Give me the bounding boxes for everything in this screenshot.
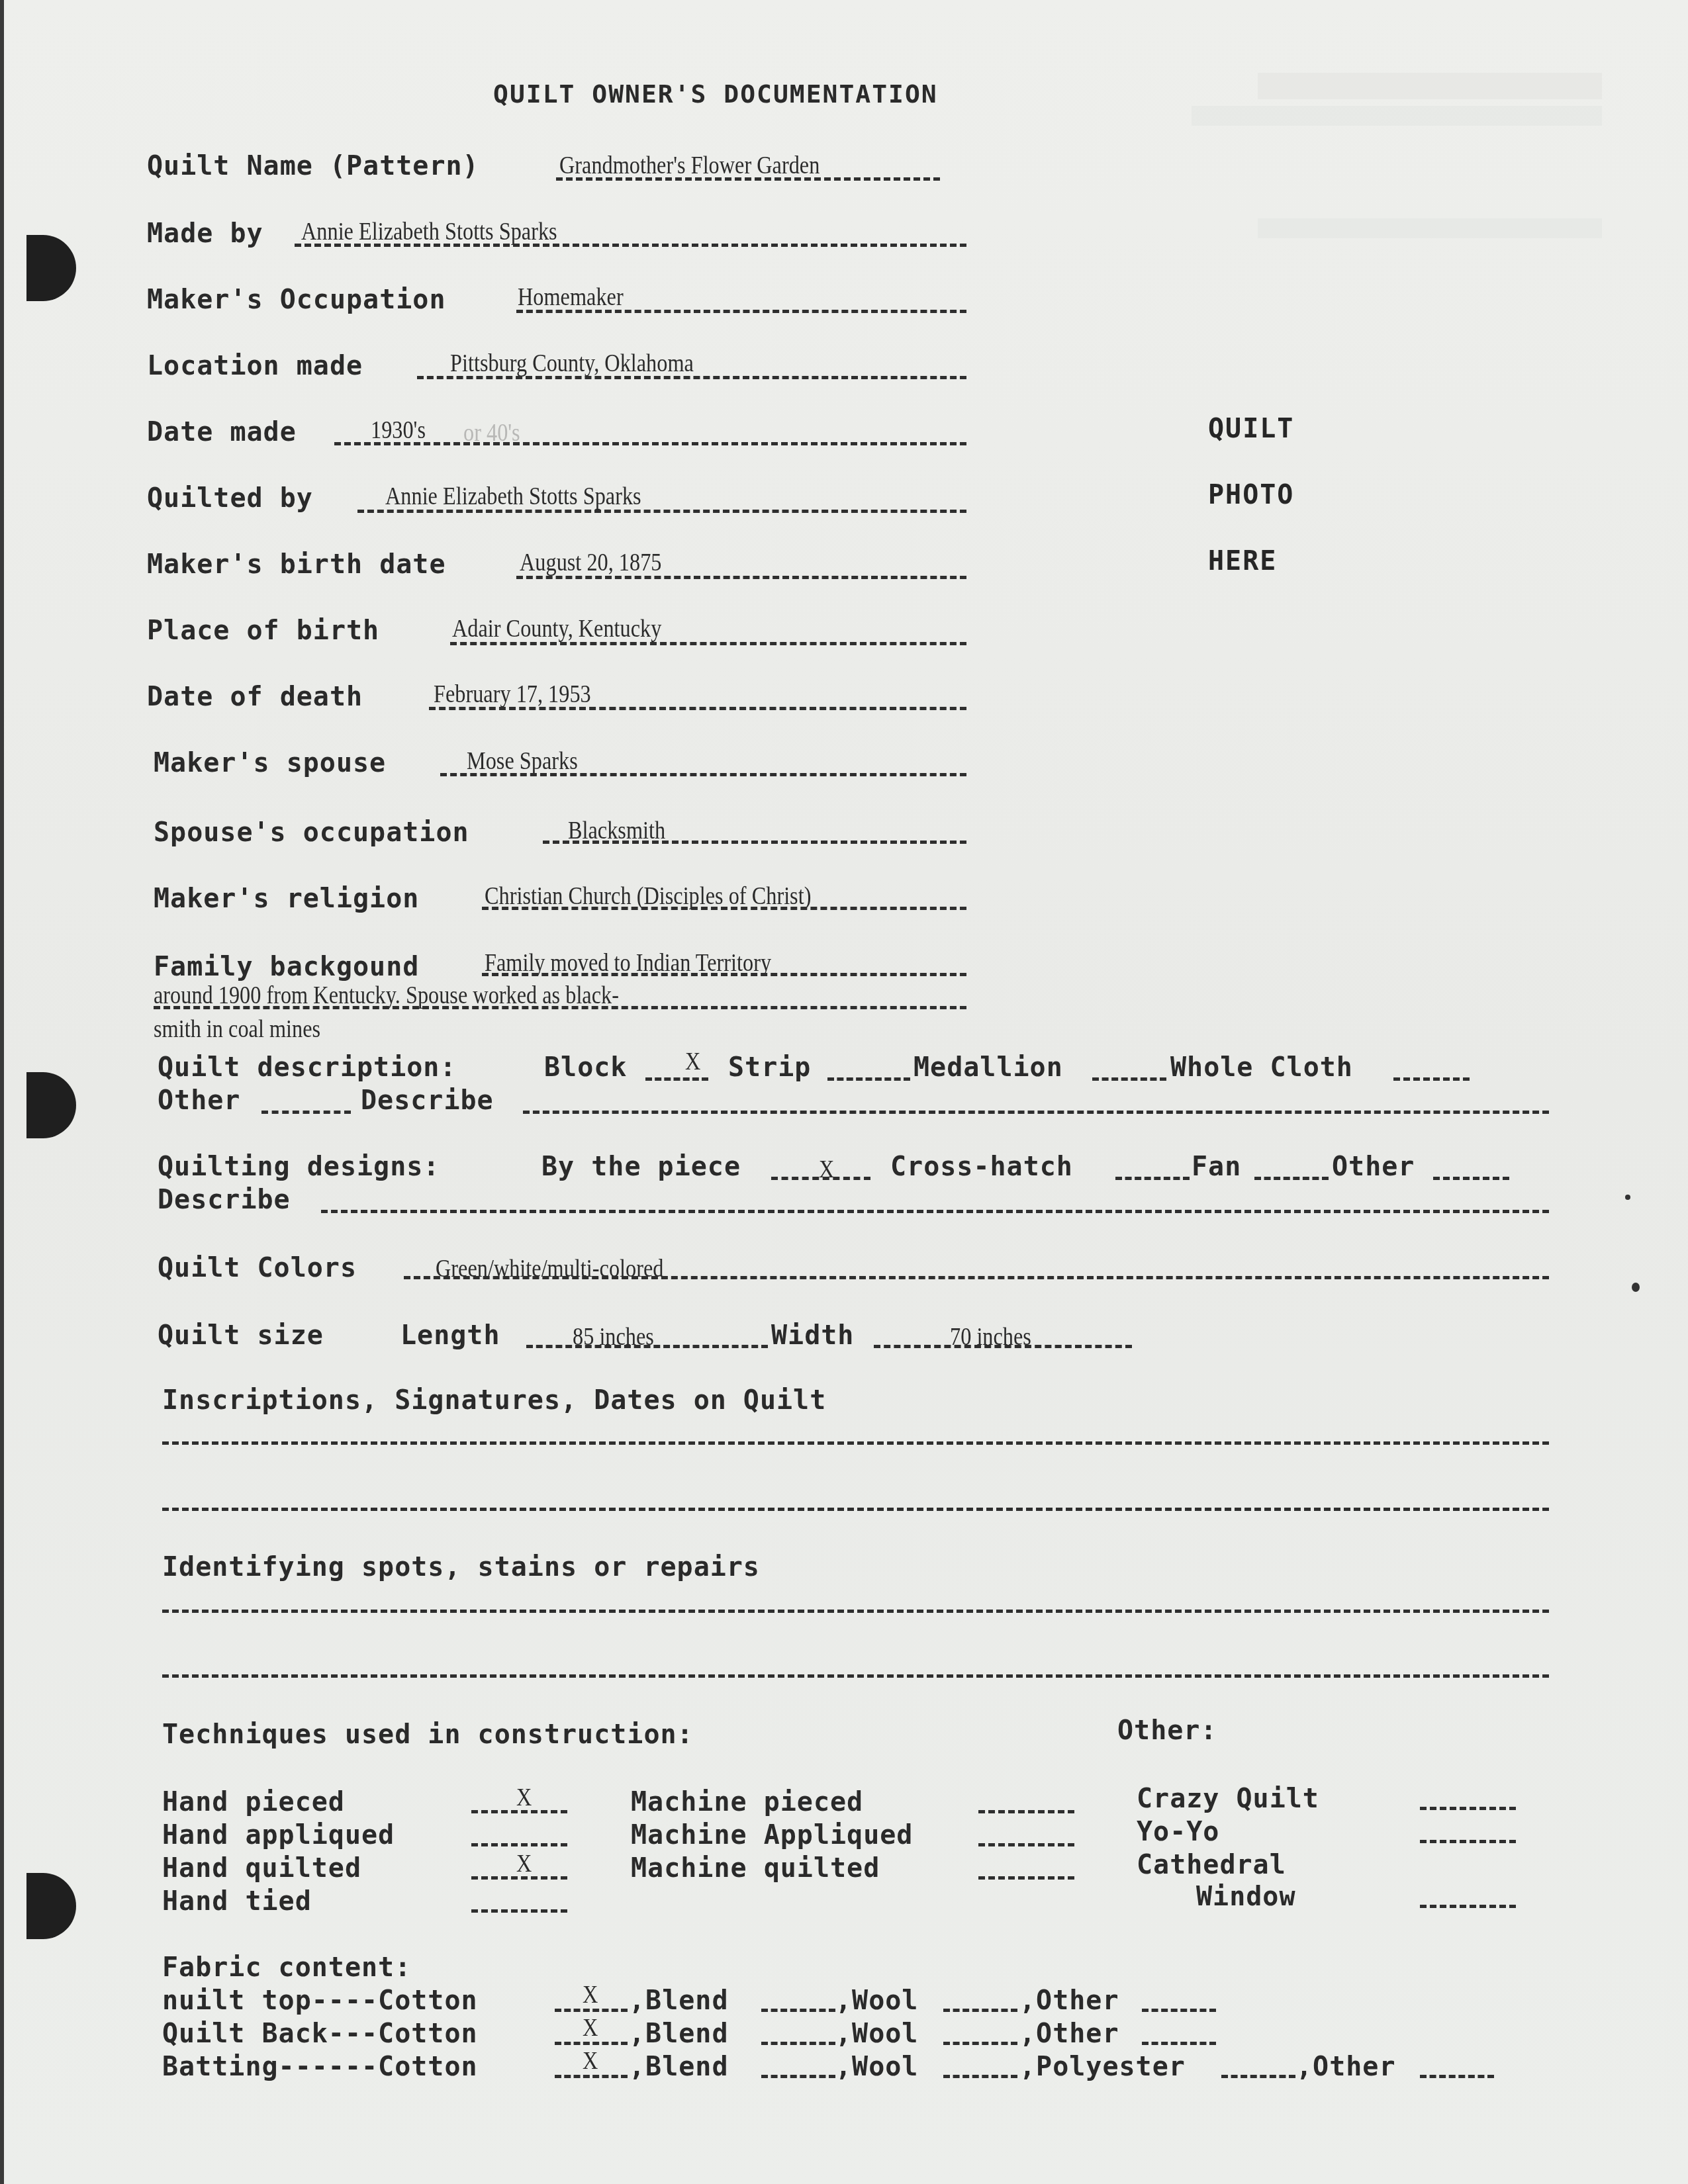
yo-yo-blank[interactable] xyxy=(1420,1840,1516,1843)
maker-occupation-value[interactable]: Homemaker xyxy=(518,283,624,312)
option-block-mark[interactable]: X xyxy=(685,1047,700,1076)
machine-appliqued-blank[interactable] xyxy=(978,1843,1074,1846)
machine-quilted-blank[interactable] xyxy=(978,1876,1074,1880)
quilt-top-cotton-mark[interactable]: X xyxy=(583,1980,598,2009)
cathedral-window-blank[interactable] xyxy=(1420,1905,1516,1908)
inscriptions-label: Inscriptions, Signatures, Dates on Quilt xyxy=(162,1385,826,1416)
quilted-by-underline xyxy=(357,510,966,513)
date-made-underline xyxy=(334,442,966,445)
maker-religion-underline xyxy=(482,907,966,910)
hand-pieced-label: Hand pieced xyxy=(162,1787,345,1817)
length-label: Length xyxy=(400,1320,500,1351)
option-by-the-piece-label: By the piece xyxy=(541,1152,741,1182)
page-edge xyxy=(0,0,4,2184)
techniques-label: Techniques used in construction: xyxy=(162,1719,694,1750)
quilt-name-underline xyxy=(556,177,940,181)
place-of-birth-value[interactable]: Adair County, Kentucky xyxy=(452,614,661,643)
machine-pieced-blank[interactable] xyxy=(978,1810,1074,1813)
inscriptions-field-line-1[interactable] xyxy=(162,1441,1549,1445)
option-fan-label: Fan xyxy=(1192,1152,1241,1182)
hand-quilted-blank[interactable] xyxy=(471,1876,567,1880)
machine-appliqued-label: Machine Appliqued xyxy=(631,1820,913,1850)
quilt-top-blend-blank[interactable] xyxy=(761,2009,835,2012)
quilt-back-wool-label: ,Wool xyxy=(835,2019,918,2049)
quilt-size-label: Quilt size xyxy=(158,1320,324,1351)
spouse-occupation-underline xyxy=(543,841,966,844)
option-strip-label: Strip xyxy=(728,1052,811,1083)
option-fan-blank[interactable] xyxy=(1254,1177,1329,1180)
batting-wool-label: ,Wool xyxy=(835,2052,918,2082)
family-background-line-3[interactable]: smith in coal mines xyxy=(154,1015,320,1044)
quilt-name-label: Quilt Name (Pattern) xyxy=(147,151,479,181)
quilt-back-cotton-blank[interactable] xyxy=(555,2042,628,2045)
maker-spouse-label: Maker's spouse xyxy=(154,748,386,778)
date-of-death-value[interactable]: February 17, 1953 xyxy=(434,680,591,709)
option-strip-blank[interactable] xyxy=(827,1077,910,1081)
quilted-by-label: Quilted by xyxy=(147,483,313,514)
family-background-label: Family backgound xyxy=(154,952,419,982)
quilt-name-value[interactable]: Grandmother's Flower Garden xyxy=(559,151,820,180)
quilting-designs-label: Quilting designs: xyxy=(158,1152,440,1182)
spots-field-line-1[interactable] xyxy=(162,1610,1549,1613)
option-cross-hatch-blank[interactable] xyxy=(1115,1177,1190,1180)
date-made-label: Date made xyxy=(147,417,297,447)
hand-tied-label: Hand tied xyxy=(162,1886,312,1917)
length-underline xyxy=(526,1345,768,1348)
location-made-underline xyxy=(417,376,966,379)
hand-appliqued-label: Hand appliqued xyxy=(162,1820,395,1850)
quilt-colors-underline xyxy=(404,1276,1549,1279)
option-cross-hatch-label: Cross-hatch xyxy=(890,1152,1073,1182)
quilt-back-other-label: ,Other xyxy=(1019,2019,1119,2049)
fabric-content-label: Fabric content: xyxy=(162,1952,411,1983)
spouse-occupation-label: Spouse's occupation xyxy=(154,817,469,848)
batting-wool-blank[interactable] xyxy=(943,2075,1017,2078)
spots-field-line-2[interactable] xyxy=(162,1674,1549,1678)
machine-pieced-label: Machine pieced xyxy=(631,1787,863,1817)
date-made-value[interactable]: 1930's xyxy=(371,416,426,445)
bleed-through xyxy=(1192,106,1602,126)
batting-cotton-label: Batting------Cotton xyxy=(162,2052,478,2082)
paper-speck xyxy=(1625,1195,1630,1200)
batting-cotton-mark[interactable]: X xyxy=(583,2046,598,2075)
width-label: Width xyxy=(771,1320,854,1351)
document-page: QUILT OWNER'S DOCUMENTATION QUILT PHOTO … xyxy=(0,0,1688,2184)
made-by-value[interactable]: Annie Elizabeth Stotts Sparks xyxy=(301,217,557,246)
option-block-blank[interactable] xyxy=(645,1077,708,1081)
option-medallion-label: Medallion xyxy=(914,1052,1063,1083)
quilt-top-wool-label: ,Wool xyxy=(835,1985,918,2016)
crazy-quilt-label: Crazy Quilt xyxy=(1137,1784,1319,1814)
date-of-death-underline xyxy=(429,707,966,710)
description-describe-label: Describe xyxy=(361,1085,494,1116)
cathedral-label: Cathedral xyxy=(1137,1850,1286,1880)
batting-blend-label: ,Blend xyxy=(629,2052,729,2082)
quilt-top-blend-label: ,Blend xyxy=(629,1985,729,2016)
batting-polyester-blank[interactable] xyxy=(1221,2075,1295,2078)
place-of-birth-label: Place of birth xyxy=(147,615,379,646)
page-title: QUILT OWNER'S DOCUMENTATION xyxy=(493,79,938,109)
spots-label: Identifying spots, stains or repairs xyxy=(162,1552,760,1582)
option-other-label: Other xyxy=(158,1085,240,1116)
quilt-colors-label: Quilt Colors xyxy=(158,1253,357,1283)
location-made-label: Location made xyxy=(147,351,363,381)
made-by-label: Made by xyxy=(147,218,263,249)
option-medallion-blank[interactable] xyxy=(1092,1077,1166,1081)
option-whole-cloth-blank[interactable] xyxy=(1393,1077,1470,1081)
maker-birth-date-underline xyxy=(516,576,966,579)
batting-other-label: ,Other xyxy=(1296,2052,1396,2082)
quilt-back-cotton-label: Quilt Back---Cotton xyxy=(162,2019,478,2049)
photo-placeholder-line-2: PHOTO xyxy=(1208,480,1294,510)
crazy-quilt-blank[interactable] xyxy=(1420,1807,1516,1810)
batting-cotton-blank[interactable] xyxy=(555,2075,628,2078)
techniques-other-label: Other: xyxy=(1117,1715,1217,1746)
yo-yo-label: Yo-Yo xyxy=(1137,1817,1219,1847)
batting-polyester-label: ,Polyester xyxy=(1019,2052,1186,2082)
quilt-top-cotton-blank[interactable] xyxy=(555,2009,628,2012)
quilt-top-wool-blank[interactable] xyxy=(943,2009,1017,2012)
maker-religion-label: Maker's religion xyxy=(154,884,419,914)
quilt-back-cotton-mark[interactable]: X xyxy=(583,2013,598,2042)
binder-hole-icon xyxy=(26,1072,76,1138)
maker-spouse-underline xyxy=(440,773,966,776)
photo-placeholder-line-1: QUILT xyxy=(1208,414,1294,444)
window-label: Window xyxy=(1196,1882,1296,1912)
batting-other-blank[interactable] xyxy=(1420,2075,1494,2078)
option-block-label: Block xyxy=(544,1052,627,1083)
hand-tied-blank[interactable] xyxy=(471,1909,567,1913)
family-background-underline-2 xyxy=(154,1006,966,1009)
hand-pieced-mark[interactable]: X xyxy=(516,1783,532,1812)
hand-appliqued-blank[interactable] xyxy=(471,1843,567,1846)
bleed-through xyxy=(1258,218,1602,238)
location-made-value[interactable]: Pittsburg County, Oklahoma xyxy=(450,349,694,378)
quilt-back-other-blank[interactable] xyxy=(1142,2042,1216,2045)
maker-birth-date-value[interactable]: August 20, 1875 xyxy=(520,548,661,577)
photo-placeholder-line-3: HERE xyxy=(1208,546,1277,576)
paper-speck xyxy=(1632,1283,1640,1292)
quilt-back-blend-blank[interactable] xyxy=(761,2042,835,2045)
designs-describe-field[interactable] xyxy=(321,1210,1549,1213)
place-of-birth-underline xyxy=(450,642,966,645)
option-other-design-label: Other xyxy=(1332,1152,1415,1182)
width-underline xyxy=(874,1345,1132,1348)
machine-quilted-label: Machine quilted xyxy=(631,1853,880,1884)
quilt-back-wool-blank[interactable] xyxy=(943,2042,1017,2045)
binder-hole-icon xyxy=(26,235,76,301)
option-by-the-piece-blank[interactable] xyxy=(771,1177,870,1180)
quilt-description-label: Quilt description: xyxy=(158,1052,456,1083)
made-by-underline xyxy=(295,244,966,247)
binder-hole-icon xyxy=(26,1873,76,1939)
inscriptions-field-line-2[interactable] xyxy=(162,1508,1549,1511)
bleed-through xyxy=(1258,73,1602,99)
maker-birth-date-label: Maker's birth date xyxy=(147,549,445,580)
quilted-by-value[interactable]: Annie Elizabeth Stotts Sparks xyxy=(385,482,641,511)
hand-pieced-blank[interactable] xyxy=(471,1810,567,1813)
quilt-top-cotton-label: nuilt top----Cotton xyxy=(162,1985,478,2016)
description-describe-field[interactable] xyxy=(523,1111,1549,1114)
option-other-design-blank[interactable] xyxy=(1433,1177,1509,1180)
batting-blend-blank[interactable] xyxy=(761,2075,835,2078)
designs-describe-label: Describe xyxy=(158,1185,291,1215)
option-whole-cloth-label: Whole Cloth xyxy=(1170,1052,1353,1083)
hand-quilted-mark[interactable]: X xyxy=(516,1849,532,1878)
maker-spouse-value[interactable]: Mose Sparks xyxy=(467,747,578,776)
quilt-top-other-label: ,Other xyxy=(1019,1985,1119,2016)
option-other-blank[interactable] xyxy=(261,1111,351,1114)
family-background-underline-1 xyxy=(482,973,966,976)
hand-quilted-label: Hand quilted xyxy=(162,1853,361,1884)
quilt-top-other-blank[interactable] xyxy=(1142,2009,1216,2012)
quilt-back-blend-label: ,Blend xyxy=(629,2019,729,2049)
maker-occupation-label: Maker's Occupation xyxy=(147,285,445,315)
date-of-death-label: Date of death xyxy=(147,682,363,712)
maker-occupation-underline xyxy=(516,310,966,313)
